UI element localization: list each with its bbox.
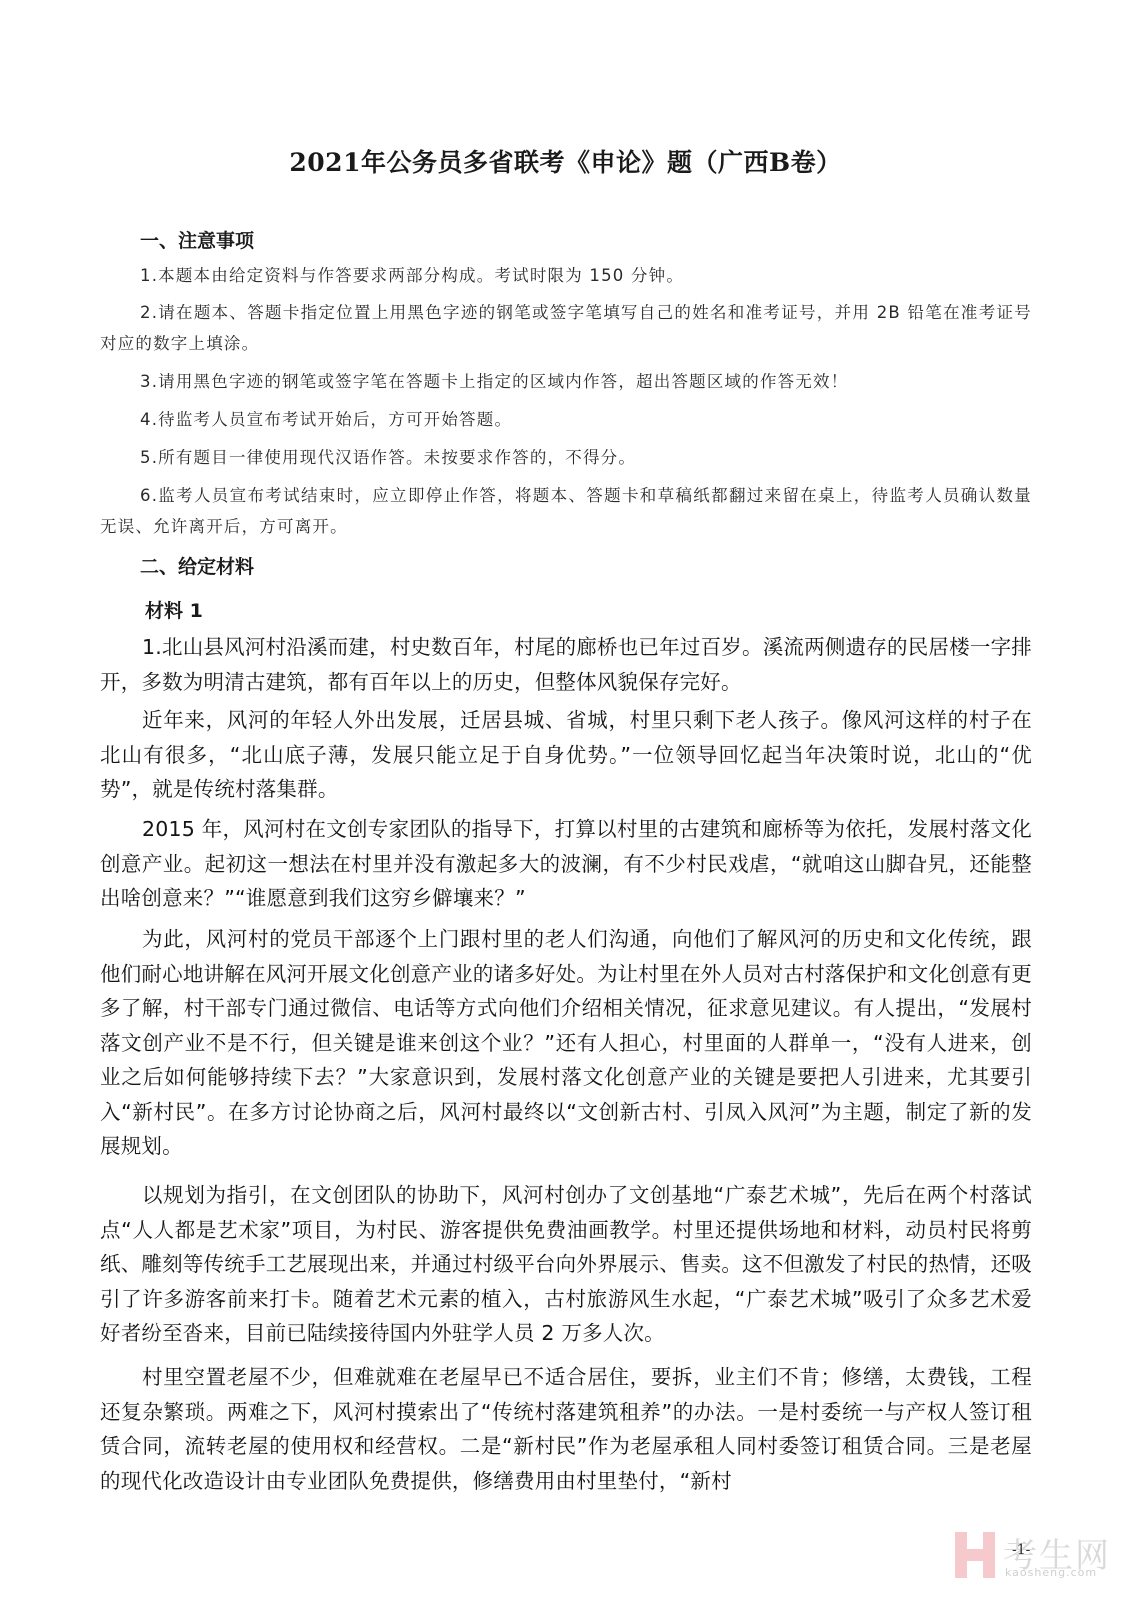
kaosheng-logo-icon [955, 1532, 995, 1578]
notice-item-3: 3.请用黑色字迹的钢笔或签字笔在答题卡上指定的区域内作答，超出答题区域的作答无效… [100, 366, 1032, 397]
material-heading: 材料 1 [145, 596, 203, 623]
document-title: 2021年公务员多省联考《申论》题（广西B卷） [0, 143, 1131, 179]
section-heading-notes: 一、注意事项 [140, 226, 254, 253]
watermark-brand-en: kaosheng.com [1005, 1566, 1097, 1579]
material-paragraph-5: 以规划为指引，在文创团队的协助下，风河村创办了文创基地“广泰艺术城”，先后在两个… [100, 1178, 1032, 1351]
material-paragraph-6: 村里空置老屋不少，但难就难在老屋早已不适合居住，要拆，业主们不肯；修缮，太费钱，… [100, 1360, 1032, 1498]
section-heading-materials: 二、给定材料 [140, 552, 254, 579]
kaosheng-watermark: 考生网 kaosheng.com [955, 1528, 1115, 1584]
notice-item-1: 1.本题本由给定资料与作答要求两部分构成。考试时限为 150 分钟。 [100, 260, 1032, 291]
document-page: 2021年公务员多省联考《申论》题（广西B卷） 一、注意事项 1.本题本由给定资… [0, 0, 1131, 1600]
material-paragraph-3: 2015 年，风河村在文创专家团队的指导下，打算以村里的古建筑和廊桥等为依托，发… [100, 812, 1032, 916]
notice-item-2: 2.请在题本、答题卡指定位置上用黑色字迹的钢笔或签字笔填写自己的姓名和准考证号，… [100, 297, 1032, 359]
material-paragraph-2: 近年来，风河的年轻人外出发展，迁居县城、省城，村里只剩下老人孩子。像风河这样的村… [100, 703, 1032, 807]
notice-item-6: 6.监考人员宣布考试结束时，应立即停止作答，将题本、答题卡和草稿纸都翻过来留在桌… [100, 480, 1032, 542]
page-number: -1- [1012, 1542, 1030, 1558]
notice-item-4: 4.待监考人员宣布考试开始后，方可开始答题。 [100, 404, 1032, 435]
material-paragraph-1: 1.北山县风河村沿溪而建，村史数百年，村尾的廊桥也已年过百岁。溪流两侧遗存的民居… [100, 630, 1032, 699]
material-paragraph-4: 为此，风河村的党员干部逐个上门跟村里的老人们沟通，向他们了解风河的历史和文化传统… [100, 922, 1032, 1164]
notice-item-5: 5.所有题目一律使用现代汉语作答。未按要求作答的，不得分。 [100, 442, 1032, 473]
